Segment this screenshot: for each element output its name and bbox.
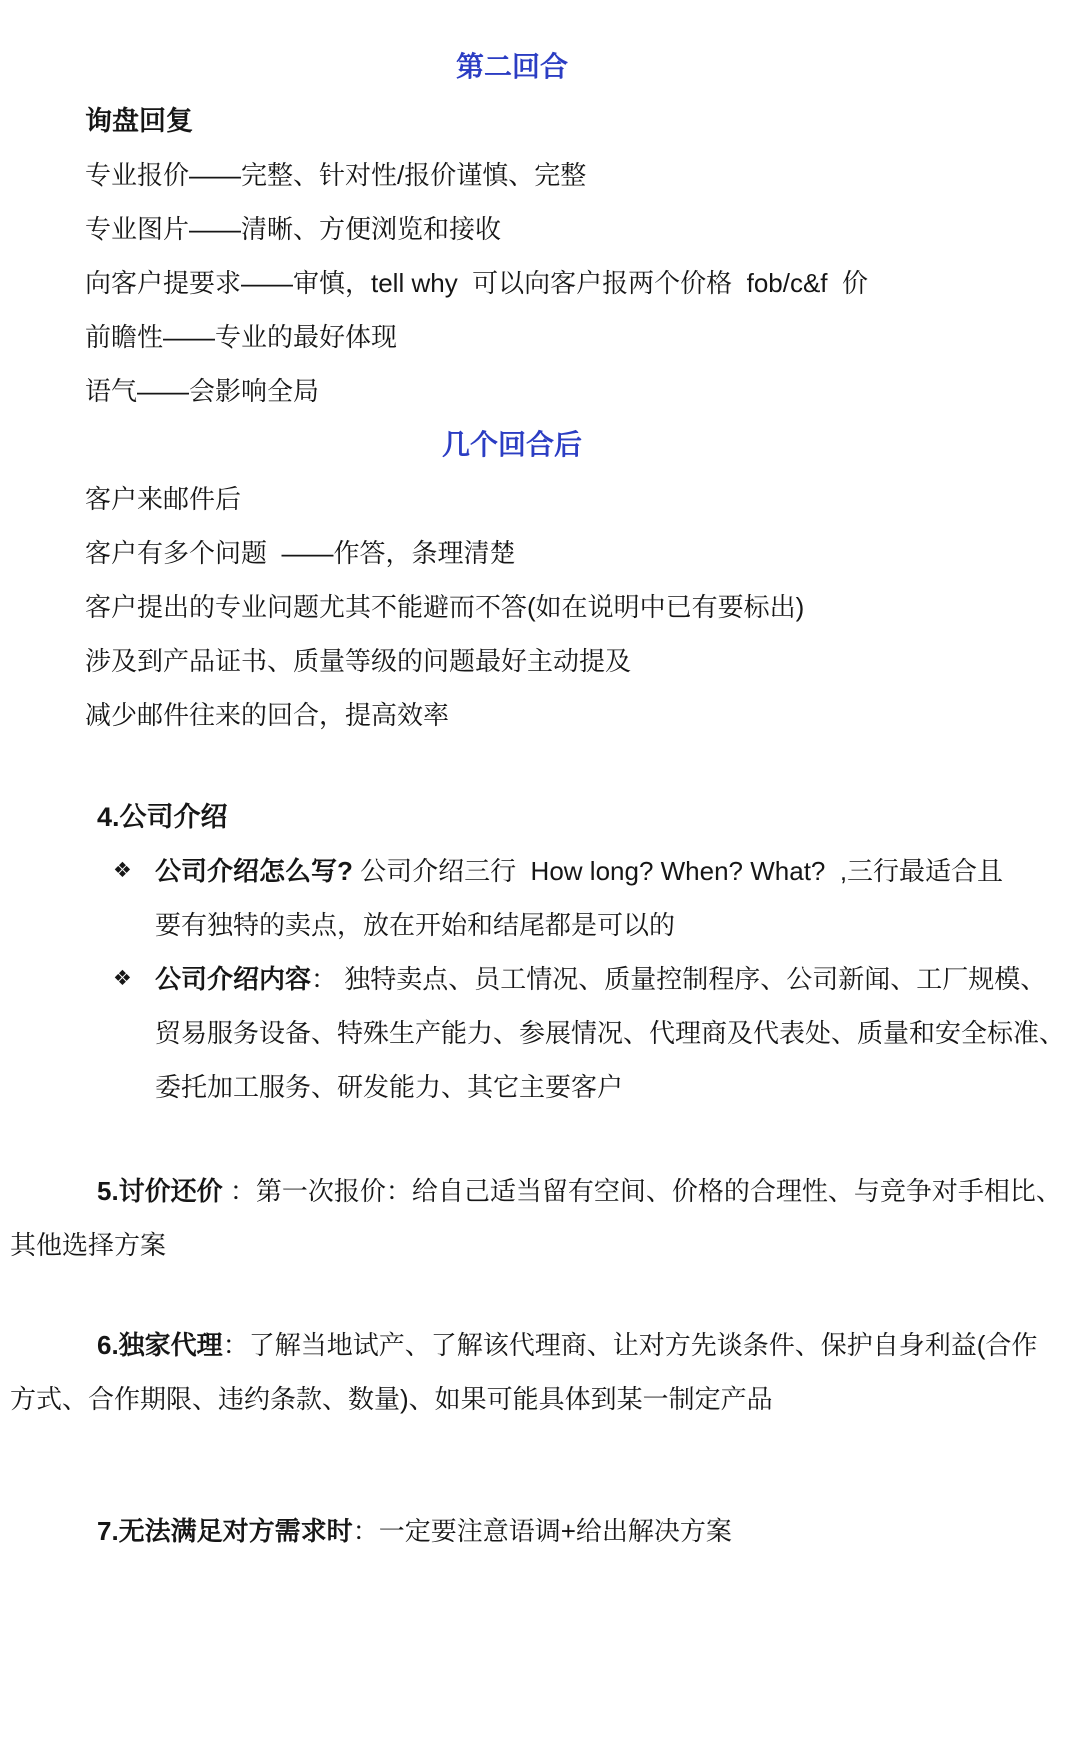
section6-line1: 6.独家代理：了解当地试产、了解该代理商、让对方先谈条件、保护自身利益(合作 bbox=[10, 1318, 1080, 1372]
bullet1-line1-rest: 公司介绍三行 How long? When? What? ,三行最适合且 bbox=[353, 856, 1003, 886]
document-page: 第二回合 询盘回复 专业报价——完整、针对性/报价谨慎、完整 专业图片——清晰、… bbox=[0, 0, 1080, 1743]
section5-line2: 其他选择方案 bbox=[10, 1218, 1080, 1272]
section7-rest: ：一定要注意语调+给出解决方案 bbox=[353, 1516, 732, 1546]
section4-title: 4.公司介绍 bbox=[97, 790, 1080, 844]
inquiry-line-foresight: 前瞻性——专业的最好体现 bbox=[85, 310, 1080, 364]
inquiry-reply-heading: 询盘回复 bbox=[85, 94, 1080, 148]
bullet2-line3: 委托加工服务、研发能力、其它主要客户 bbox=[155, 1060, 1080, 1114]
spacer bbox=[0, 1114, 1080, 1164]
bullet1-line2: 要有独特的卖点，放在开始和结尾都是可以的 bbox=[155, 898, 1080, 952]
section6-lead: 6.独家代理 bbox=[97, 1330, 223, 1360]
bullet2-line2: 贸易服务设备、特殊生产能力、参展情况、代理商及代表处、质量和安全标准、 bbox=[155, 1006, 1080, 1060]
after-line-multiple-questions: 客户有多个问题 ——作答，条理清楚 bbox=[85, 526, 1080, 580]
bullet1-line1: 公司介绍怎么写? 公司介绍三行 How long? When? What? ,三… bbox=[155, 844, 1080, 898]
inquiry-line-requests: 向客户提要求——审慎，tell why 可以向客户报两个价格 fob/c&f 价 bbox=[85, 256, 1080, 310]
section6-paragraph: 6.独家代理：了解当地试产、了解该代理商、让对方先谈条件、保护自身利益(合作 方… bbox=[10, 1318, 1080, 1426]
document-content: 第二回合 询盘回复 专业报价——完整、针对性/报价谨慎、完整 专业图片——清晰、… bbox=[0, 0, 1080, 1558]
bullet-text-block: 公司介绍内容： 独特卖点、员工情况、质量控制程序、公司新闻、工厂规模、 贸易服务… bbox=[0, 952, 1080, 1114]
bullet2-lead: 公司介绍内容 bbox=[155, 964, 311, 994]
section5-lead: 5.讨价还价 bbox=[97, 1176, 223, 1206]
section5-line1: 5.讨价还价 ：第一次报价：给自己适当留有空间、价格的合理性、与竞争对手相比、 bbox=[10, 1164, 1080, 1218]
spacer bbox=[0, 742, 1080, 790]
section6-line2: 方式、合作期限、违约条款、数量)、如果可能具体到某一制定产品 bbox=[10, 1372, 1080, 1426]
after-line-efficiency: 减少邮件往来的回合，提高效率 bbox=[85, 688, 1080, 742]
after-line-professional-questions: 客户提出的专业问题尤其不能避而不答(如在说明中已有要标出) bbox=[85, 580, 1080, 634]
bullet-text-block: 公司介绍怎么写? 公司介绍三行 How long? When? What? ,三… bbox=[0, 844, 1080, 952]
section6-line1-rest: ：了解当地试产、了解该代理商、让对方先谈条件、保护自身利益(合作 bbox=[223, 1330, 1038, 1360]
inquiry-line-quote: 专业报价——完整、针对性/报价谨慎、完整 bbox=[85, 148, 1080, 202]
after-line-certificates: 涉及到产品证书、质量等级的问题最好主动提及 bbox=[85, 634, 1080, 688]
section-heading-round2: 第二回合 bbox=[0, 40, 1024, 94]
after-line-email-arrived: 客户来邮件后 bbox=[85, 472, 1080, 526]
bullet2-line1: 公司介绍内容： 独特卖点、员工情况、质量控制程序、公司新闻、工厂规模、 bbox=[155, 952, 1080, 1006]
spacer bbox=[0, 1272, 1080, 1318]
section7-line1: 7.无法满足对方需求时：一定要注意语调+给出解决方案 bbox=[10, 1504, 1080, 1558]
bullet-item-intro-content: ❖ 公司介绍内容： 独特卖点、员工情况、质量控制程序、公司新闻、工厂规模、 贸易… bbox=[0, 952, 1080, 1114]
section5-paragraph: 5.讨价还价 ：第一次报价：给自己适当留有空间、价格的合理性、与竞争对手相比、 … bbox=[10, 1164, 1080, 1272]
spacer bbox=[0, 1426, 1080, 1504]
bullet2-line1-rest: ： 独特卖点、员工情况、质量控制程序、公司新闻、工厂规模、 bbox=[311, 964, 1046, 994]
diamond-bullet-icon: ❖ bbox=[113, 844, 132, 898]
section5-line1-rest: ：第一次报价：给自己适当留有空间、价格的合理性、与竞争对手相比、 bbox=[223, 1176, 1062, 1206]
bullet1-lead: 公司介绍怎么写? bbox=[155, 856, 353, 886]
bullet-item-how-to-write: ❖ 公司介绍怎么写? 公司介绍三行 How long? When? What? … bbox=[0, 844, 1080, 952]
inquiry-line-pictures: 专业图片——清晰、方便浏览和接收 bbox=[85, 202, 1080, 256]
diamond-bullet-icon: ❖ bbox=[113, 952, 132, 1006]
section-heading-after-rounds: 几个回合后 bbox=[0, 418, 1024, 472]
section7-paragraph: 7.无法满足对方需求时：一定要注意语调+给出解决方案 bbox=[10, 1504, 1080, 1558]
inquiry-line-tone: 语气——会影响全局 bbox=[85, 364, 1080, 418]
section7-lead: 7.无法满足对方需求时 bbox=[97, 1516, 353, 1546]
